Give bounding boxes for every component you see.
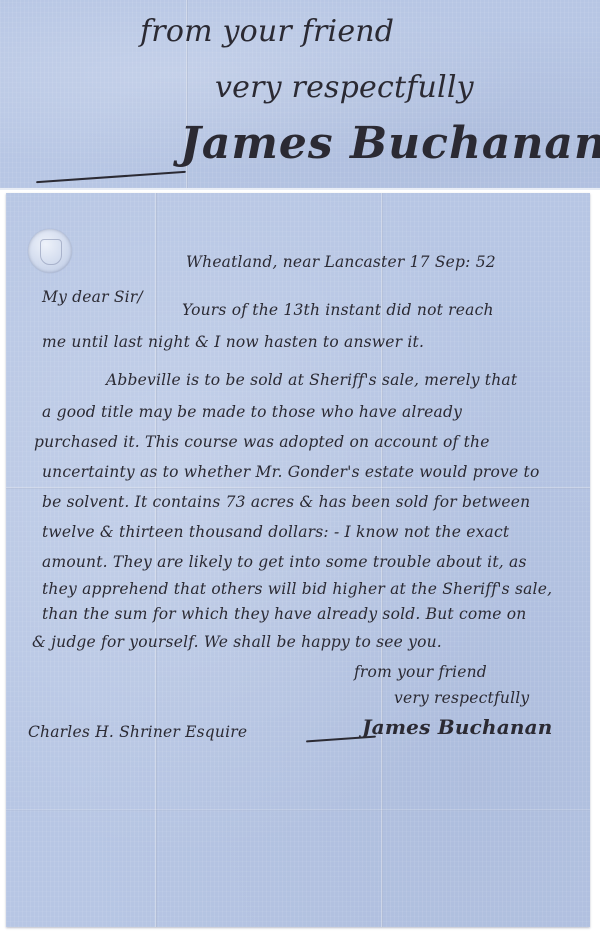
signature-flourish [36, 171, 186, 183]
salutation: My dear Sir/ [42, 288, 143, 306]
body-line: amount. They are likely to get into some… [42, 553, 527, 571]
body-line: uncertainty as to whether Mr. Gonder's e… [42, 463, 539, 481]
signature-james-buchanan: James Buchanan [180, 118, 600, 169]
embossed-seal-icon [28, 229, 72, 273]
closing-from-your-friend: from your friend [354, 663, 487, 681]
body-line: Abbeville is to be sold at Sheriff's sal… [106, 371, 517, 389]
closing-very-respectfully: very respectfully [215, 70, 474, 105]
fold-crease-horizontal [6, 487, 590, 489]
body-line: they apprehend that others will bid high… [42, 580, 552, 598]
body-line: Yours of the 13th instant did not reach [182, 301, 494, 319]
body-line: a good title may be made to those who ha… [42, 403, 462, 421]
body-line: purchased it. This course was adopted on… [34, 433, 490, 451]
closing-very-respectfully: very respectfully [394, 689, 529, 707]
body-line: be solvent. It contains 73 acres & has b… [42, 493, 530, 511]
body-line: than the sum for which they have already… [42, 605, 527, 623]
signature-james-buchanan: James Buchanan [362, 715, 553, 739]
body-line: & judge for yourself. We shall be happy … [32, 633, 442, 651]
letter-sheet: Wheatland, near Lancaster 17 Sep: 52 My … [6, 193, 590, 927]
body-line: me until last night & I now hasten to an… [42, 333, 424, 351]
signature-excerpt: from your friend very respectfully James… [0, 0, 600, 190]
closing-from-your-friend: from your friend [140, 14, 394, 49]
body-line: twelve & thirteen thousand dollars: - I … [42, 523, 509, 541]
dateline: Wheatland, near Lancaster 17 Sep: 52 [186, 253, 496, 271]
addressee: Charles H. Shriner Esquire [28, 723, 247, 741]
fold-crease-horizontal-lower [6, 809, 590, 811]
